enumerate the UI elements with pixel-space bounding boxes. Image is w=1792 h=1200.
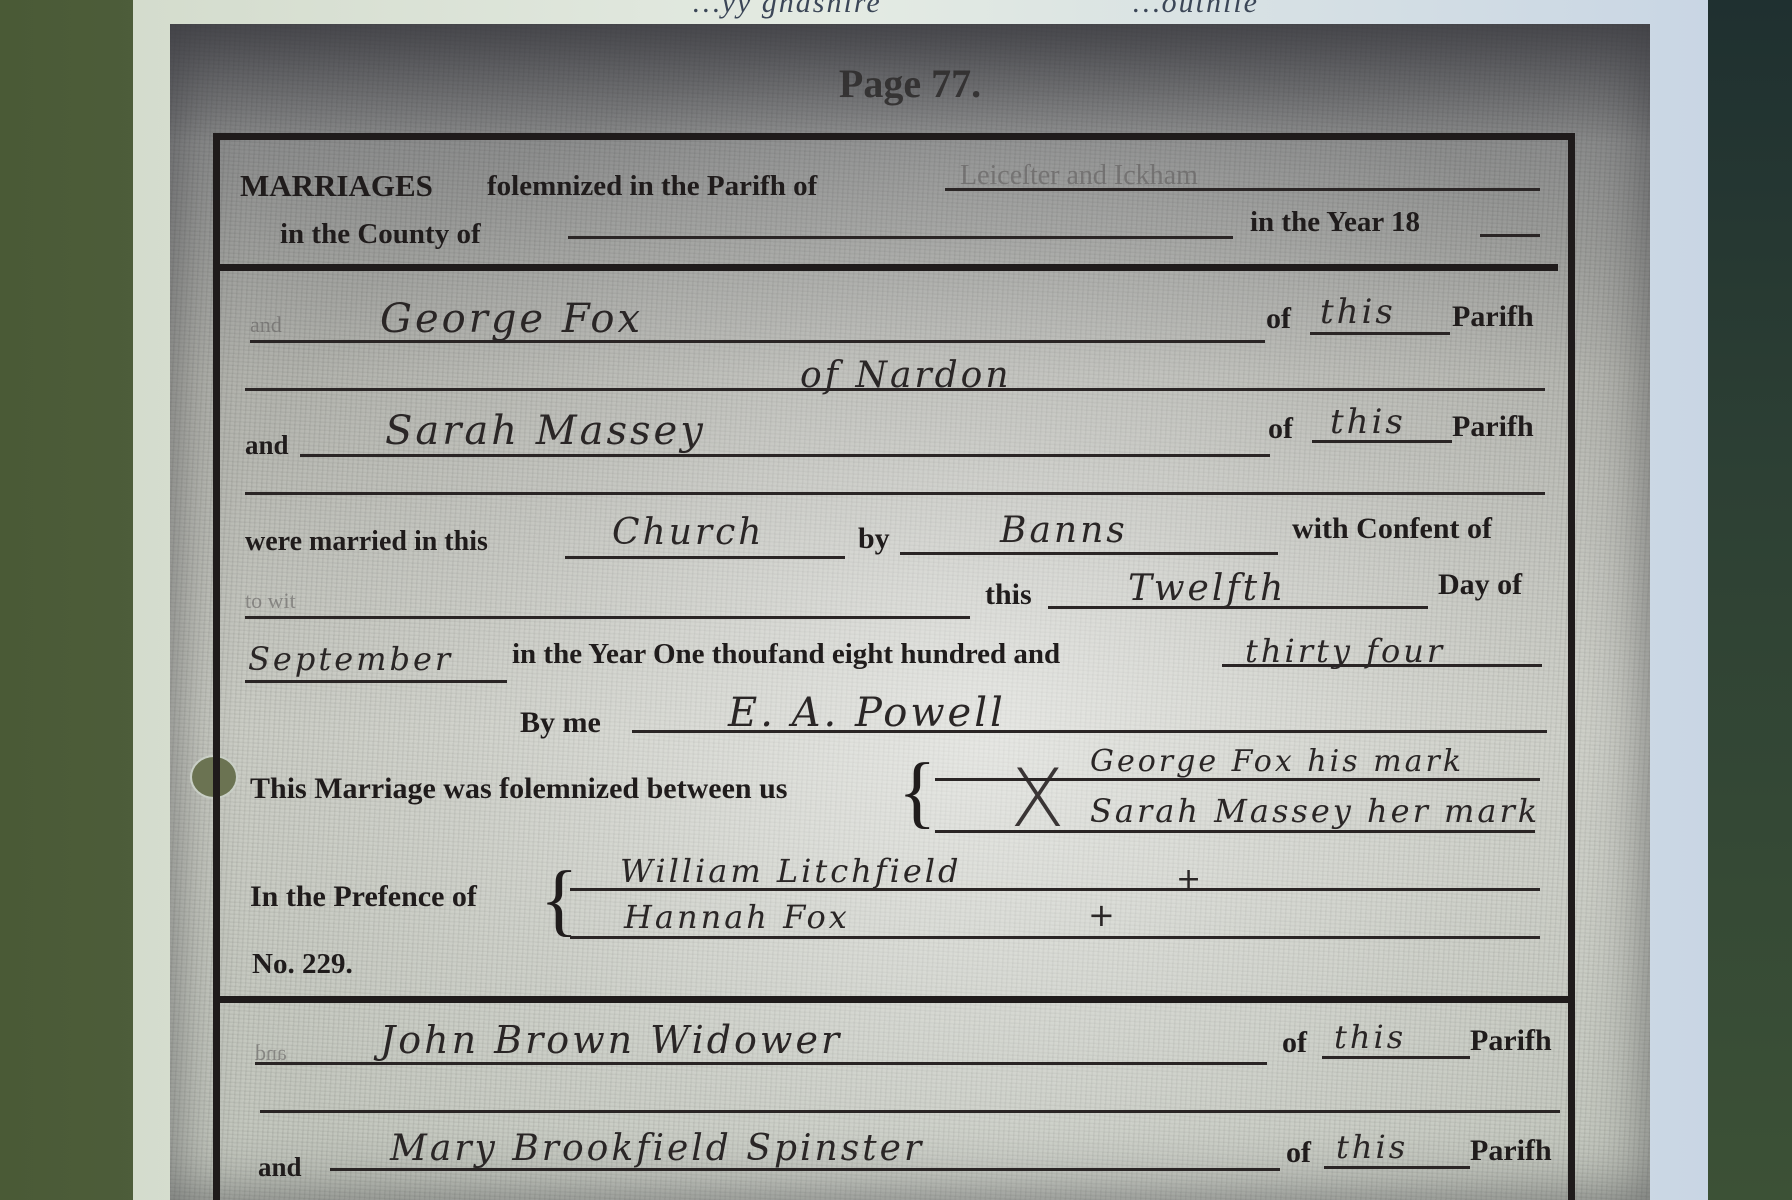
entry1-by-label: by [858,522,890,556]
entry1-officiant-rule [632,730,1547,733]
entry1-month-rule [245,680,507,683]
entry1-party1-signature: George Fox his mark [1090,744,1464,779]
entry1-by-me-label: By me [520,706,601,740]
heading-county: in the County of [280,218,481,251]
entry1-groom-of: of [1266,302,1291,336]
entry1-parties-brace: { [898,752,936,832]
entry1-blank-rule [245,492,1545,495]
entry1-witness-brace: { [540,860,578,940]
entry1-groom-prefix: and [250,312,282,338]
year-rule [1480,234,1540,237]
entry2-blank-rule [260,1110,1560,1113]
heading-marriages: MARRIAGES [240,168,433,204]
entry1-this-label: this [985,578,1032,612]
entry1-day-of-label: Day of [1438,568,1522,602]
entry1-groom-rule [250,340,1265,343]
entry1-witness2-mark: + [1088,896,1115,934]
entry1-witness2-rule [570,936,1540,939]
entry1-groom-parish-label: Parifh [1452,300,1534,334]
header-scrawl-right: …outhile [1133,0,1259,20]
entry2-bride-parish-rule [1324,1166,1470,1169]
entry2-groom-parish-value: this [1334,1018,1406,1056]
entry1-married-in-label: were married in this [245,526,488,558]
parish-rule [945,188,1540,191]
entry1-bride-of: of [1268,412,1293,446]
county-rule [568,236,1233,239]
entry2-groom-parish-label: Parifh [1470,1024,1552,1058]
entry1-witness1: William Litchfield [620,852,961,890]
entry1-consent-rule [245,616,970,619]
entry1-number: No. 229. [252,948,353,981]
entry1-bride-prefix: and [245,430,289,461]
heading-year: in the Year 18 [1250,206,1420,239]
entry2-bride-name: Mary Brookfield Spinster [390,1128,924,1169]
entry1-bride-parish-value: this [1330,402,1406,442]
entry1-solemnized-label: This Marriage was folemnized between us [250,772,787,806]
entry2-bride-prefix: and [258,1152,302,1183]
header-scrawl-left: …yy ghashire [693,0,882,20]
entry1-year-rule [1222,664,1542,667]
entry2-bride-parish-value: this [1336,1128,1408,1166]
entry2-groom-name: John Brown Widower [380,1018,842,1062]
entry1-groom-parish-rule [1310,332,1450,335]
entry1-faint-prefix: to wit [245,588,296,614]
entry1-bride-parish-label: Parifh [1452,410,1534,444]
entry1-witness1-mark: + [1176,862,1201,897]
entry1-witness1-rule [570,888,1540,891]
entry1-party2-signature: Sarah Massey her mark [1090,792,1540,830]
entry1-day-rule [1048,606,1428,609]
entry1-presence-label: In the Prefence of [250,880,477,914]
entry1-bride-rule [300,454,1270,457]
entry2-bride-of: of [1286,1136,1311,1170]
entry2-bride-parish-label: Parifh [1470,1134,1552,1168]
entry-divider [220,996,1575,1003]
entry1-month-value: September [248,640,453,678]
entry1-by-value: Banns [1000,510,1128,551]
entry2-groom-of: of [1282,1026,1307,1060]
backdrop-right [1708,0,1792,1200]
entry1-by-rule [900,552,1278,555]
entry2-bride-rule [330,1168,1280,1171]
page-number: Page 77. [170,60,1650,107]
entry1-party1-rule [935,778,1540,781]
entry1-groom-extra-rule [245,388,1545,391]
entry1-consent-label: with Confent of [1292,512,1492,546]
heading-solemnized: folemnized in the Parifh of [487,170,817,203]
entry1-married-in-value: Church [612,512,764,553]
entry1-groom-name: George Fox [380,296,643,342]
entry2-groom-rule [255,1062,1267,1065]
entry1-bride-name: Sarah Massey [385,408,706,454]
entry1-year-text: in the Year One thoufand eight hundred a… [512,638,1060,671]
entry1-bride-parish-rule [1312,440,1452,443]
entry1-groom-parish-value: this [1320,292,1396,332]
entry1-day-value: Twelfth [1128,568,1286,609]
entry1-witness2: Hannah Fox [624,898,850,936]
entry1-married-in-rule [565,556,845,559]
heading-divider [220,264,1558,271]
entry2-groom-parish-rule [1322,1056,1470,1059]
entry1-party2-rule [935,830,1535,833]
